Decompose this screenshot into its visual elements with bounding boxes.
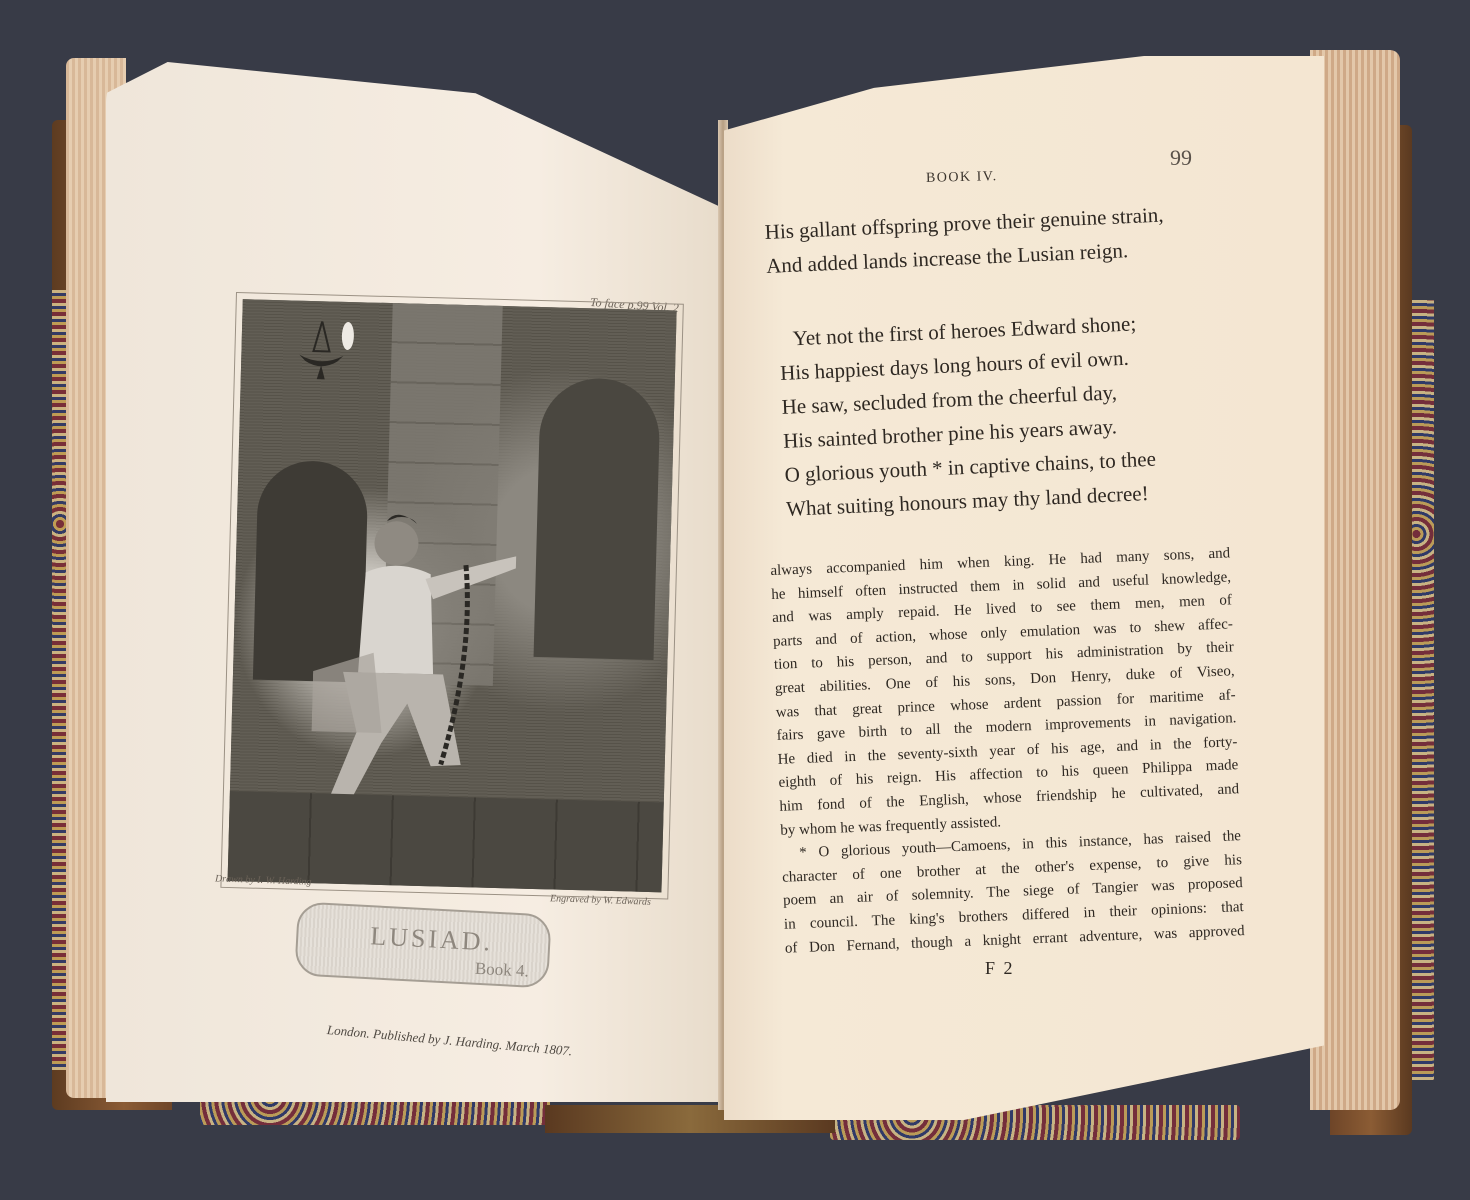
open-book: To face p.99 Vol. 2 Drawn <box>0 0 1470 1200</box>
commentary-notes: always accompanied him when king. He had… <box>770 542 1245 960</box>
running-head: BOOK IV. <box>926 169 998 187</box>
engraving-image <box>228 299 677 892</box>
engraving-plate <box>220 292 683 900</box>
title-cartouche: LUSIAD. Book 4. <box>294 901 552 988</box>
verse-stanza-2: Yet not the first of heroes Edward shone… <box>778 306 1158 526</box>
cartouche-subtitle: Book 4. <box>474 959 529 982</box>
hanging-lamp-icon <box>291 320 363 382</box>
page-number: 99 <box>1170 145 1192 171</box>
cartouche-title: LUSIAD. <box>370 921 494 957</box>
marbled-endpaper-right <box>1412 300 1434 1080</box>
signature-mark: F 2 <box>985 958 1015 979</box>
dungeon-arch-right <box>534 377 661 660</box>
chained-prisoner-figure <box>309 501 527 826</box>
